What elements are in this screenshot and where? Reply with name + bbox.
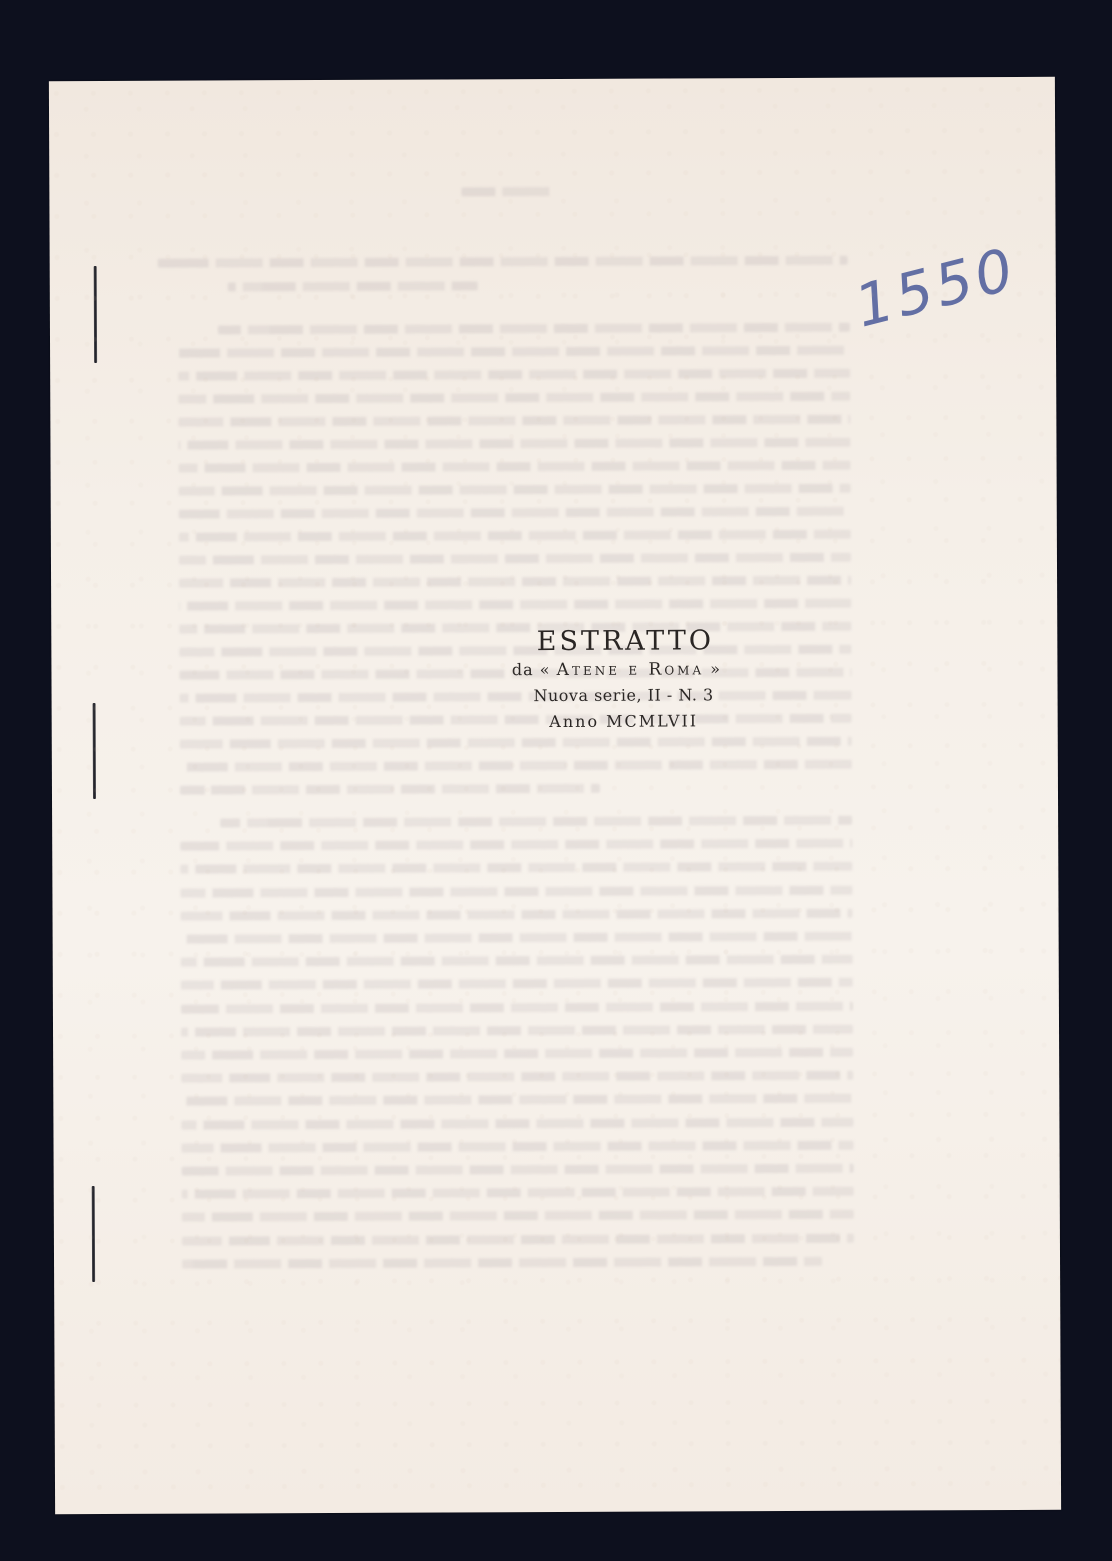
bleed-line [178, 438, 850, 450]
bleed-line [180, 839, 852, 851]
bleed-line [181, 1048, 853, 1060]
close-quote: » [710, 659, 721, 678]
bleed-line [182, 1233, 854, 1245]
bleed-line [181, 1001, 853, 1013]
staple-bottom [92, 1186, 95, 1282]
bleed-line [180, 784, 600, 795]
bleed-line [182, 1140, 854, 1152]
bleed-line [180, 760, 852, 772]
bleed-line [182, 1164, 854, 1176]
source-prefix: da [512, 660, 534, 679]
bleed-line [181, 932, 853, 944]
bleed-line [180, 885, 852, 897]
bleed-line [181, 1071, 853, 1083]
bleed-line [178, 415, 850, 427]
title-block: ESTRATTO da « Atene e Roma » Nuova serie… [351, 626, 881, 736]
bleed-line [179, 461, 851, 473]
staple-top [94, 266, 97, 363]
staple-middle [93, 703, 96, 799]
bleed-line [179, 530, 851, 542]
bleed-line [178, 369, 850, 381]
bleed-line [178, 392, 850, 404]
source-line: da « Atene e Roma » [351, 656, 881, 684]
bleed-line [179, 484, 851, 496]
bleed-line [178, 346, 850, 358]
bleed-line [180, 737, 852, 749]
bleed-line [182, 1210, 854, 1222]
bleed-line [182, 1187, 854, 1199]
scan-backdrop: 1550 ESTRATTO da « Atene e Roma » Nuova … [0, 0, 1112, 1561]
bleed-line [180, 862, 852, 874]
bleed-line [218, 323, 850, 335]
bleed-line [228, 281, 478, 291]
bleed-line [181, 1117, 853, 1129]
page-title: ESTRATTO [369, 626, 881, 658]
handwritten-inventory-number: 1550 [848, 234, 1023, 340]
document-page: 1550 ESTRATTO da « Atene e Roma » Nuova … [49, 77, 1061, 1514]
bleed-line [179, 553, 851, 565]
bleed-line [179, 507, 851, 519]
open-quote: « [540, 660, 551, 679]
bleed-line [220, 816, 852, 828]
series-line: Nuova serie, II - N. 3 [366, 682, 882, 710]
bleed-line [179, 576, 851, 588]
year-line: Anno MCMLVII [366, 708, 882, 736]
bleed-line [181, 908, 853, 920]
bleed-line [181, 955, 853, 967]
bleed-line [181, 1094, 853, 1106]
bleed-line [182, 1257, 822, 1269]
bleed-line [181, 1024, 853, 1036]
bleed-line [461, 187, 556, 196]
bleed-line [179, 599, 851, 611]
bleed-line [158, 256, 848, 268]
journal-name: Atene e Roma [557, 659, 705, 680]
bleed-line [181, 978, 853, 990]
